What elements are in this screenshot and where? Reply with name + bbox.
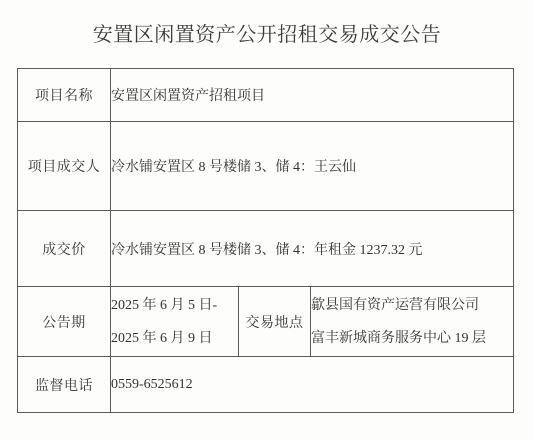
announcement-period-value: 2025 年 6 月 5 日- 2025 年 6 月 9 日 <box>111 287 239 357</box>
page-title: 安置区闲置资产公开招租交易成交公告 <box>0 0 534 47</box>
trade-location-value: 歙县国有资产运营有限公司 富丰新城商务服务中心 19 层 <box>311 287 514 357</box>
project-name-value: 安置区闲置资产招租项目 <box>111 69 514 122</box>
announcement-period-line2: 2025 年 6 月 9 日 <box>111 322 238 355</box>
supervision-phone-value: 0559-6525612 <box>111 357 514 413</box>
supervision-phone-label: 监督电话 <box>18 357 111 413</box>
trade-location-line2: 富丰新城商务服务中心 19 层 <box>311 322 513 355</box>
announcement-period-label: 公告期 <box>18 287 111 357</box>
table-row-winner: 项目成交人 冷水铺安置区 8 号楼储 3、储 4：王云仙 <box>18 122 514 211</box>
announcement-period-line1: 2025 年 6 月 5 日- <box>111 289 238 322</box>
table-row-phone: 监督电话 0559-6525612 <box>18 357 514 413</box>
price-label: 成交价 <box>18 211 111 287</box>
announcement-table: 项目名称 安置区闲置资产招租项目 项目成交人 冷水铺安置区 8 号楼储 3、储 … <box>17 68 514 413</box>
price-value: 冷水铺安置区 8 号楼储 3、储 4：年租金 1237.32 元 <box>111 211 514 287</box>
winner-label: 项目成交人 <box>18 122 111 211</box>
table-row-project-name: 项目名称 安置区闲置资产招租项目 <box>18 69 514 122</box>
table-row-announcement-period: 公告期 2025 年 6 月 5 日- 2025 年 6 月 9 日 交易地点 … <box>18 287 514 357</box>
table-row-price: 成交价 冷水铺安置区 8 号楼储 3、储 4：年租金 1237.32 元 <box>18 211 514 287</box>
winner-value: 冷水铺安置区 8 号楼储 3、储 4：王云仙 <box>111 122 514 211</box>
trade-location-label: 交易地点 <box>239 287 311 357</box>
project-name-label: 项目名称 <box>18 69 111 122</box>
trade-location-line1: 歙县国有资产运营有限公司 <box>311 289 513 322</box>
